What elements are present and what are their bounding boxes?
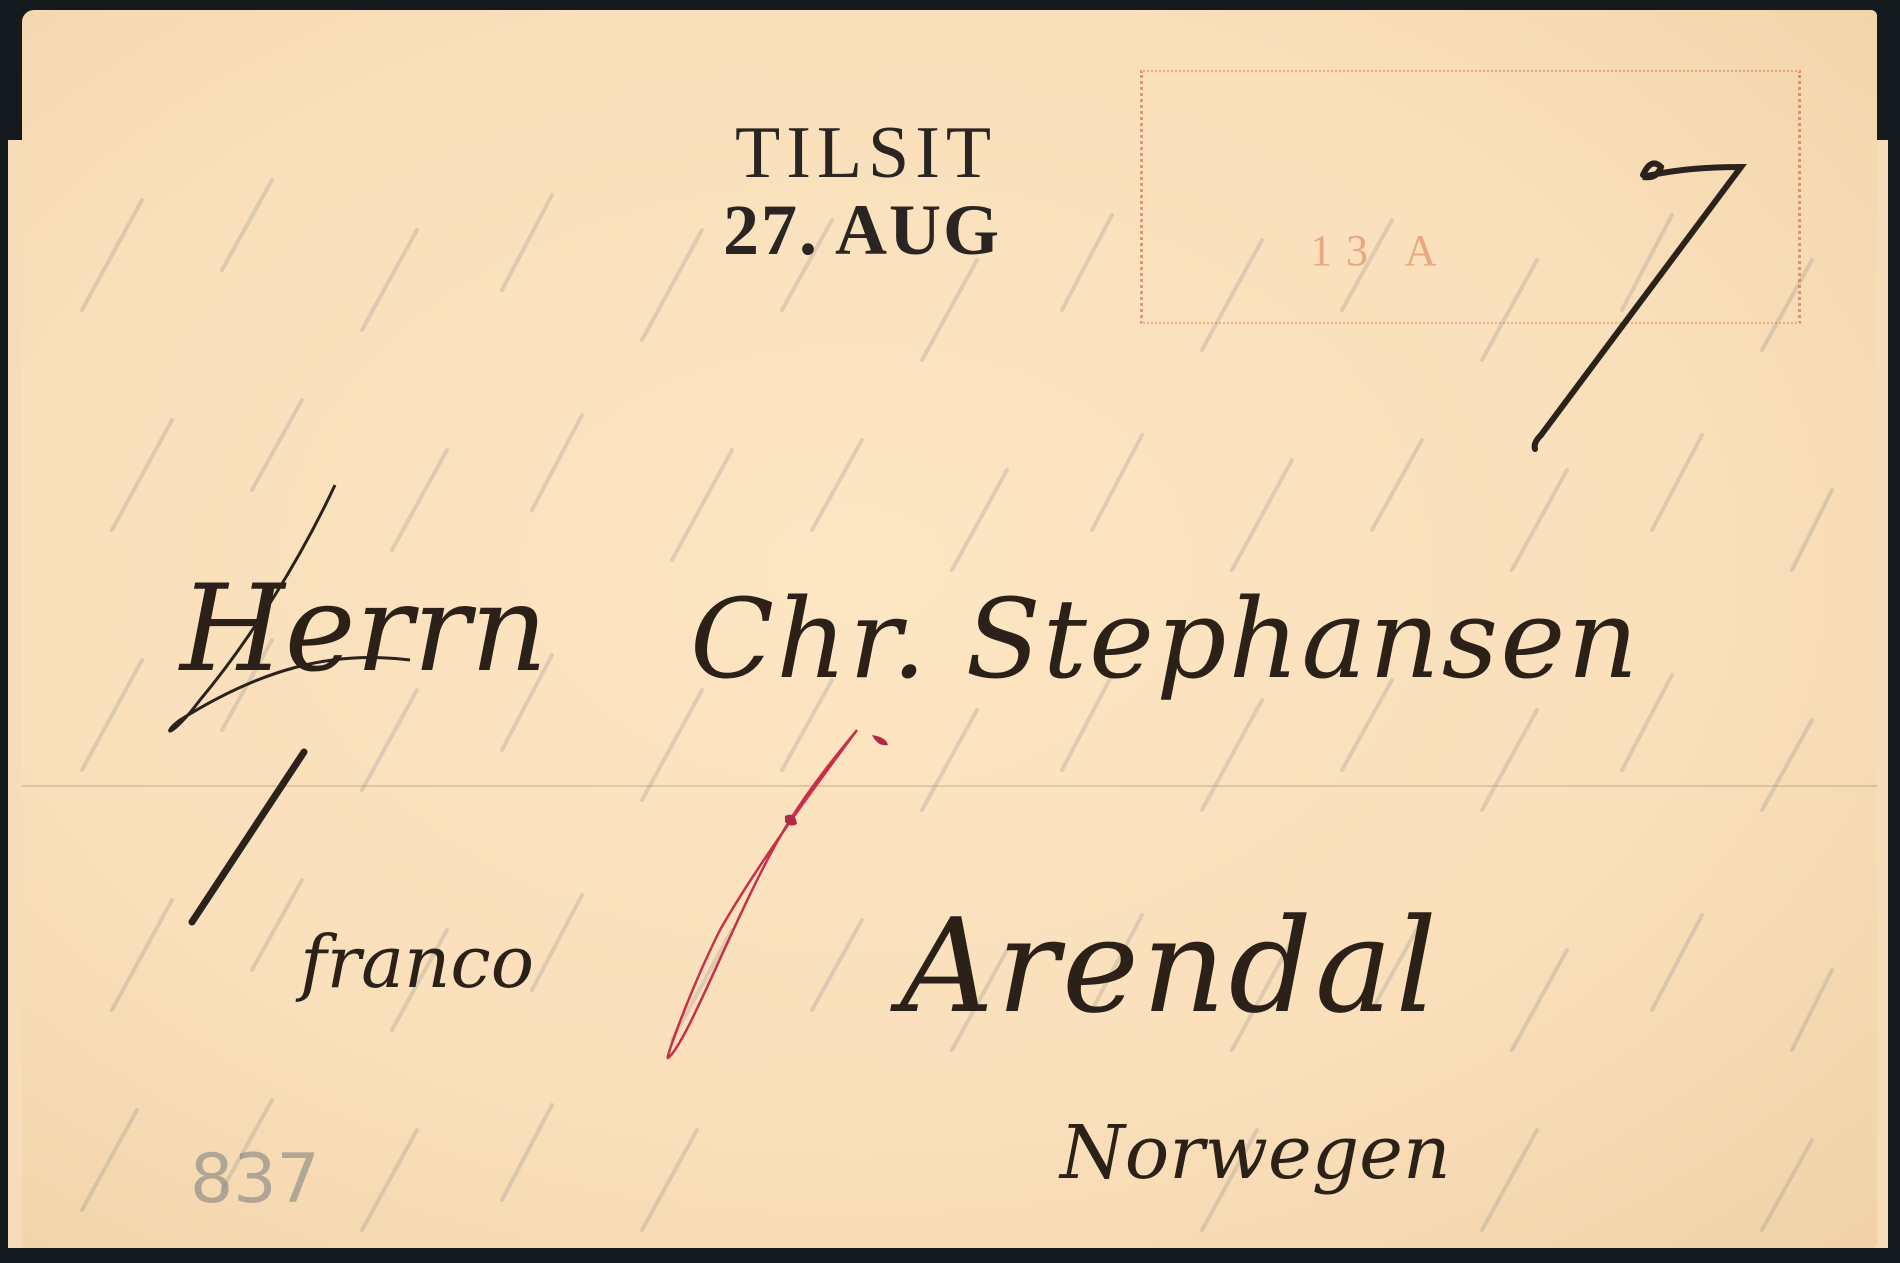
address-name: Chr. Stephansen bbox=[690, 575, 1640, 703]
postmark-city: TILSIT bbox=[735, 115, 1001, 193]
tilsit-postmark: TILSIT 27. AUG bbox=[735, 115, 1001, 268]
franco-instruction: franco bbox=[300, 920, 534, 1004]
pencil-year-note: 837 bbox=[190, 1140, 320, 1219]
address-country: Norwegen bbox=[1060, 1110, 1451, 1196]
address-salutation: Herrn bbox=[180, 560, 548, 699]
red-postmark-date: 13 A bbox=[1310, 225, 1450, 276]
address-city: Arendal bbox=[900, 890, 1440, 1042]
fold-line bbox=[22, 785, 1877, 787]
red-boxed-postmark bbox=[1140, 70, 1801, 324]
postmark-date: 27. AUG bbox=[723, 193, 1001, 269]
